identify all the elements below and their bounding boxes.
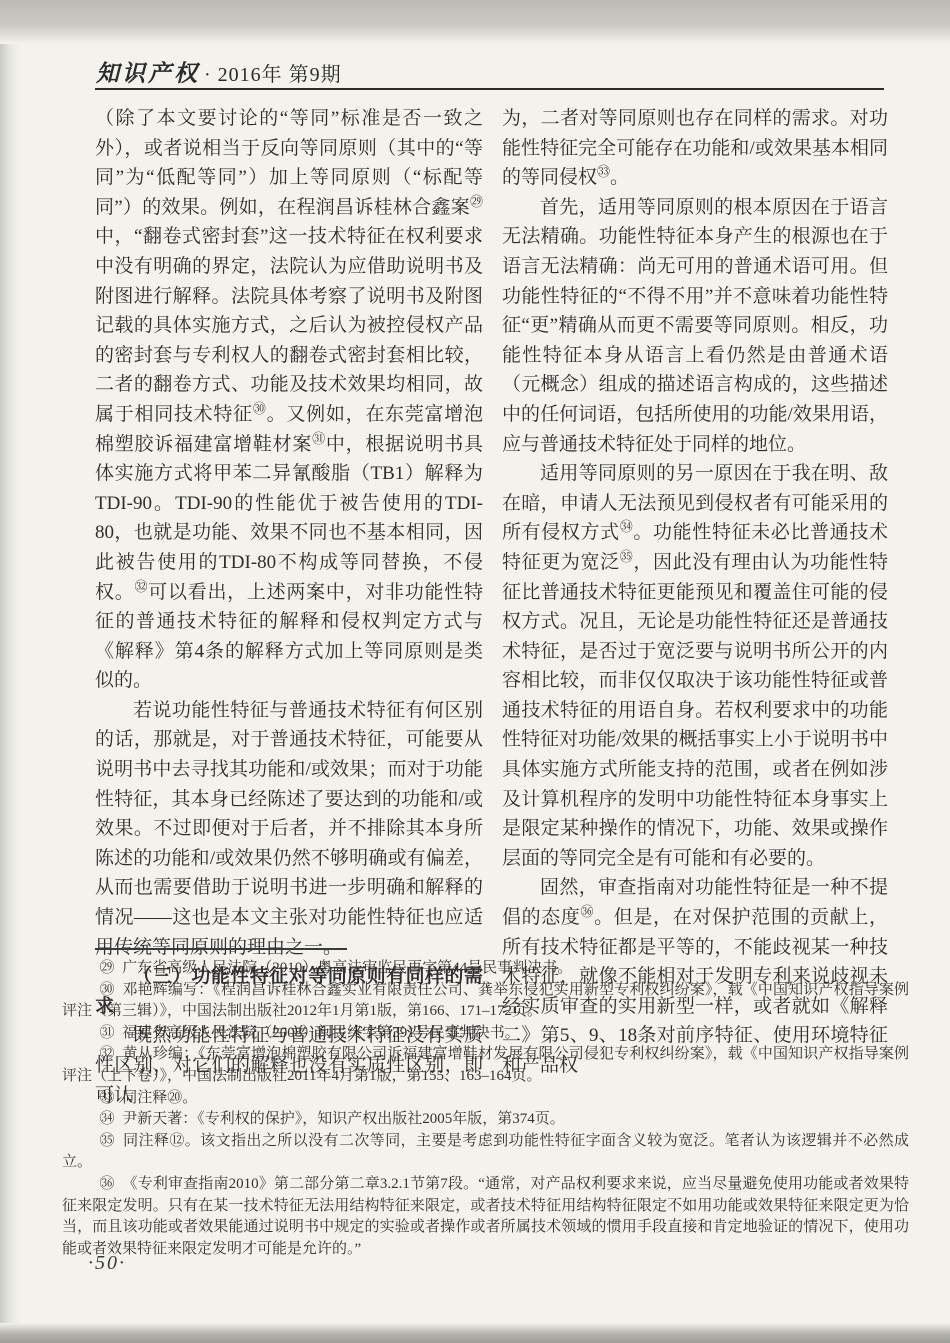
footnotes-section: ㉙ 广东省高级人民法院（2010）粤高法审监民再字第44号民事判决书。㉚ 邓艳辉… [62, 958, 909, 1260]
footnote-text: 尹新天著：《专利权的保护》，知识产权出版社2005年版，第374页。 [122, 1111, 565, 1127]
paragraph: 若说功能性特征与普通技术特征有何区别的话，那就是，对于普通技术特征，可能要从说明… [95, 696, 483, 962]
text-run: 为，二者对等同原则也存在同样的需求。对功能性特征完全可能存在功能和/或效果基本相… [502, 108, 888, 188]
footnote-ref-superscript: ㉝ [597, 164, 610, 179]
text-run: 可以看出，上述两案中，对非功能性特征的普通技术特征的解释和侵权判定方式与《解释》… [95, 582, 483, 692]
footnote-divider [95, 948, 347, 950]
footnote-text: 黄从珍编：《东莞富增泡棉塑胶有限公司诉福建富增鞋材发展有限公司侵犯专利权纠纷案》… [62, 1046, 909, 1084]
footnote-ref-superscript: ㉙ [470, 194, 483, 209]
footnote-text: 同注释⑳。 [122, 1090, 197, 1106]
paragraph: 为，二者对等同原则也存在同样的需求。对功能性特征完全可能存在功能和/或效果基本相… [502, 104, 888, 193]
footnote-item: ㉜ 黄从珍编：《东莞富增泡棉塑胶有限公司诉福建富增鞋材发展有限公司侵犯专利权纠纷… [62, 1044, 909, 1087]
text-run: 中，根据说明书具体实施方式将甲苯二异氰酸脂（TB1）解释为TDI-90。TDI-… [95, 434, 483, 603]
footnote-text: 《专利审查指南2010》第二部分第二章3.2.1节第7段。“通常，对产品权利要求… [62, 1176, 909, 1257]
footnote-ref-superscript: ㉜ [134, 579, 148, 594]
text-column-right: 为，二者对等同原则也存在同样的需求。对功能性特征完全可能存在功能和/或效果基本相… [502, 104, 888, 1081]
footnote-text: 邓艳辉编写：《程润昌诉桂林合鑫实业有限责任公司、龚举东侵犯实用新型专利权纠纷案》… [62, 982, 909, 1020]
footnote-marker: ㉝ [100, 1090, 123, 1106]
scanned-journal-page: 知识产权 · 2016年 第9期 （除了本文要讨论的“等同”标准是否一致之外），… [0, 0, 950, 1343]
scan-top-edge [0, 0, 950, 44]
text-run: 中，“翻卷式密封套”这一技术特征在权利要求中没有明确的界定，法院认为应借助说明书… [95, 226, 483, 425]
text-run: 。 [610, 167, 629, 188]
issue-info: · 2016年 第9期 [204, 64, 342, 86]
page-number: ·50· [88, 1252, 126, 1275]
page-header: 知识产权 · 2016年 第9期 [96, 55, 886, 88]
footnote-item: ㉝ 同注释⑳。 [62, 1088, 909, 1110]
footnote-marker: ㉙ [100, 960, 123, 976]
paragraph: （除了本文要讨论的“等同”标准是否一致之外），或者说相当于反向等同原则（其中的“… [95, 104, 483, 696]
scan-bottom-edge [0, 1323, 950, 1343]
footnote-item: ㉛ 福建省高级人民法院（2008）闽民终字第391号民事判决书。 [62, 1023, 909, 1045]
header-rule [95, 88, 884, 90]
footnote-ref-superscript: ㉟ [620, 549, 634, 564]
footnote-marker: ㉚ [100, 982, 123, 998]
footnote-text: 广东省高级人民法院（2010）粤高法审监民再字第44号民事判决书。 [122, 960, 572, 976]
footnote-text: 同注释⑫。该文指出之所以没有二次等同，主要是考虑到功能性特征字面含义较为宽泛。笔… [62, 1133, 909, 1171]
footnote-ref-superscript: ㊱ [581, 904, 595, 919]
footnote-marker: ㉟ [100, 1133, 124, 1149]
footnote-marker: ㊱ [100, 1176, 123, 1192]
paragraph: 首先，适用等同原则的根本原因在于语言无法精确。功能性特征本身产生的根源也在于语言… [502, 193, 888, 459]
footnote-marker: ㉜ [100, 1046, 123, 1062]
footnote-text: 福建省高级人民法院（2008）闽民终字第391号民事判决书。 [122, 1025, 520, 1041]
text-run: （除了本文要讨论的“等同”标准是否一致之外），或者说相当于反向等同原则（其中的“… [95, 108, 483, 218]
footnote-marker: ㉞ [100, 1111, 123, 1127]
footnote-item: ㉞ 尹新天著：《专利权的保护》，知识产权出版社2005年版，第374页。 [62, 1109, 909, 1131]
footnote-item: ㊱ 《专利审查指南2010》第二部分第二章3.2.1节第7段。“通常，对产品权利… [62, 1174, 909, 1260]
footnote-ref-superscript: ㉚ [253, 401, 267, 416]
footnote-item: ㉙ 广东省高级人民法院（2010）粤高法审监民再字第44号民事判决书。 [62, 958, 909, 980]
footnote-marker: ㉛ [100, 1025, 123, 1041]
text-run: 首先，适用等同原则的根本原因在于语言无法精确。功能性特征本身产生的根源也在于语言… [502, 197, 888, 455]
footnote-item: ㉚ 邓艳辉编写：《程润昌诉桂林合鑫实业有限责任公司、龚举东侵犯实用新型专利权纠纷… [62, 980, 909, 1023]
journal-title: 知识产权 [96, 61, 200, 86]
text-run: ，因此没有理由认为功能性特征比普通技术特征更能预见和覆盖住可能的侵权方式。况且，… [502, 552, 888, 869]
paragraph: 适用等同原则的另一原因在于我在明、敌在暗，申请人无法预见到侵权者有可能采用的所有… [502, 459, 888, 873]
footnote-ref-superscript: ㉞ [620, 519, 634, 534]
footnote-ref-superscript: ㉛ [312, 431, 326, 446]
text-run: 若说功能性特征与普通技术特征有何区别的话，那就是，对于普通技术特征，可能要从说明… [95, 700, 483, 958]
footnote-item: ㉟ 同注释⑫。该文指出之所以没有二次等同，主要是考虑到功能性特征字面含义较为宽泛… [62, 1131, 909, 1174]
